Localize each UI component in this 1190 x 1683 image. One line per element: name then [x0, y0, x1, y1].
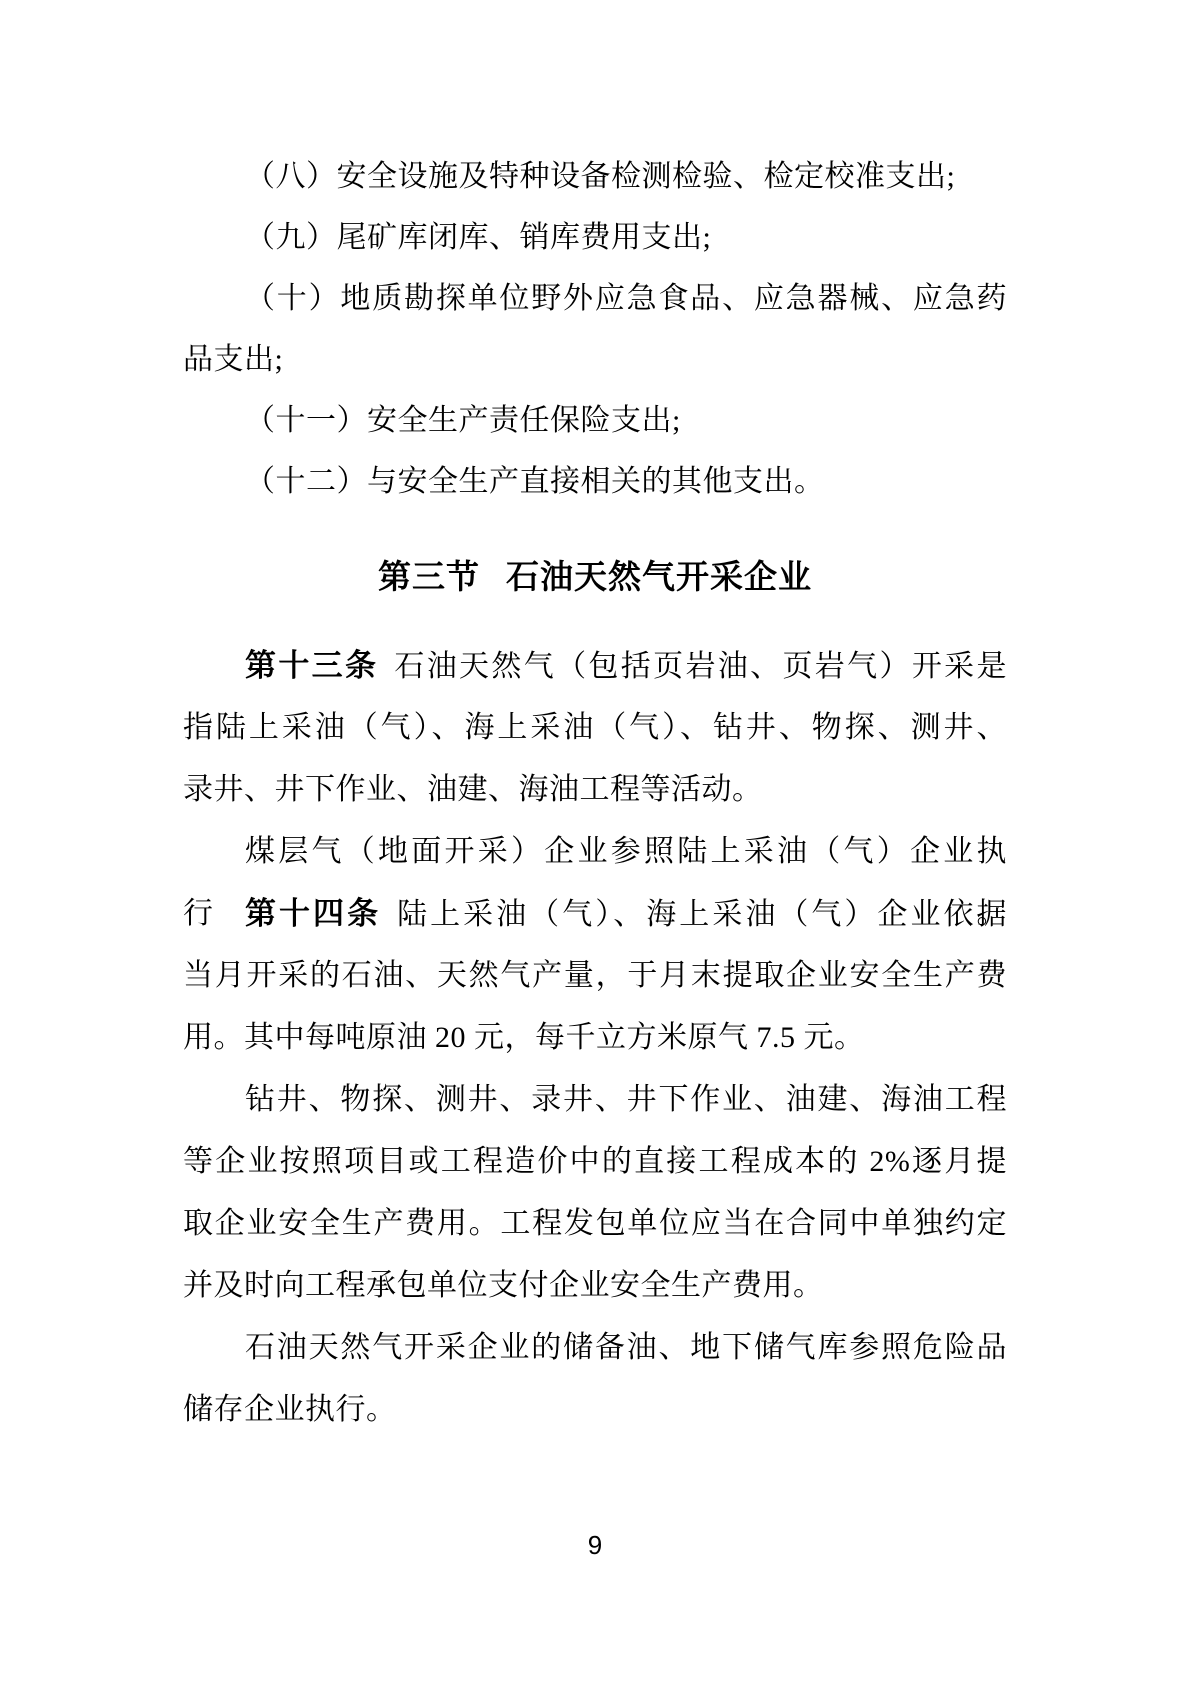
article-13-text: 石油天然气（包括页岩油、页岩气）开采是: [394, 650, 1007, 683]
article-14-paragraph-2-line-3: 取企业安全生产费用。工程发包单位应当在合同中单独约定: [183, 1193, 1007, 1255]
article-14-paragraph-2-line-2: 等企业按照项目或工程造价中的直接工程成本的 2%逐月提: [183, 1131, 1007, 1193]
clause-10-line-2: 品支出;: [183, 329, 1007, 390]
section-number: 第三节: [378, 558, 480, 595]
article-14-paragraph-2-line-4: 并及时向工程承包单位支付企业安全生产费用。: [183, 1255, 1007, 1317]
section-heading: 第三节石油天然气开采企业: [183, 546, 1007, 607]
article-14-line-2: 当月开采的石油、天然气产量，于月末提取企业安全生产费: [183, 945, 1007, 1007]
article-14-paragraph-3-line-2: 储存企业执行。: [183, 1379, 1007, 1441]
article-14-line-1: 第十四条陆上采油（气）、海上采油（气）企业依据: [183, 883, 1007, 945]
article-13-line-1: 第十三条石油天然气（包括页岩油、页岩气）开采是: [183, 635, 1007, 697]
article-13-paragraph-2: 煤层气（地面开采）企业参照陆上采油（气）企业执行。: [183, 821, 1007, 883]
article-14-line-3: 用。其中每吨原油 20 元，每千立方米原气 7.5 元。: [183, 1007, 1007, 1069]
article-13-line-3: 录井、井下作业、油建、海油工程等活动。: [183, 759, 1007, 821]
clause-10-line-1: （十）地质勘探单位野外应急食品、应急器械、应急药: [183, 268, 1007, 329]
article-13-line-2: 指陆上采油（气）、海上采油（气）、钻井、物探、测井、: [183, 697, 1007, 759]
article-14-number: 第十四条: [245, 896, 381, 931]
document-body: （八）安全设施及特种设备检测检验、检定校准支出; （九）尾矿库闭库、销库费用支出…: [183, 146, 1007, 1441]
article-13-number: 第十三条: [245, 648, 378, 683]
article-14-text: 陆上采油（气）、海上采油（气）企业依据: [397, 898, 1007, 931]
section-body: 第十三条石油天然气（包括页岩油、页岩气）开采是 指陆上采油（气）、海上采油（气）…: [183, 635, 1007, 1441]
article-14-paragraph-2-line-1: 钻井、物探、测井、录井、井下作业、油建、海油工程: [183, 1069, 1007, 1131]
clause-8: （八）安全设施及特种设备检测检验、检定校准支出;: [183, 146, 1007, 207]
clause-9: （九）尾矿库闭库、销库费用支出;: [183, 207, 1007, 268]
clause-12: （十二）与安全生产直接相关的其他支出。: [183, 451, 1007, 512]
page-number: 9: [0, 1530, 1190, 1561]
document-page: { "colors": { "background": "#ffffff", "…: [0, 0, 1190, 1683]
article-14-paragraph-3-line-1: 石油天然气开采企业的储备油、地下储气库参照危险品: [183, 1317, 1007, 1379]
clause-11: （十一）安全生产责任保险支出;: [183, 390, 1007, 451]
section-title: 石油天然气开采企业: [506, 558, 812, 595]
